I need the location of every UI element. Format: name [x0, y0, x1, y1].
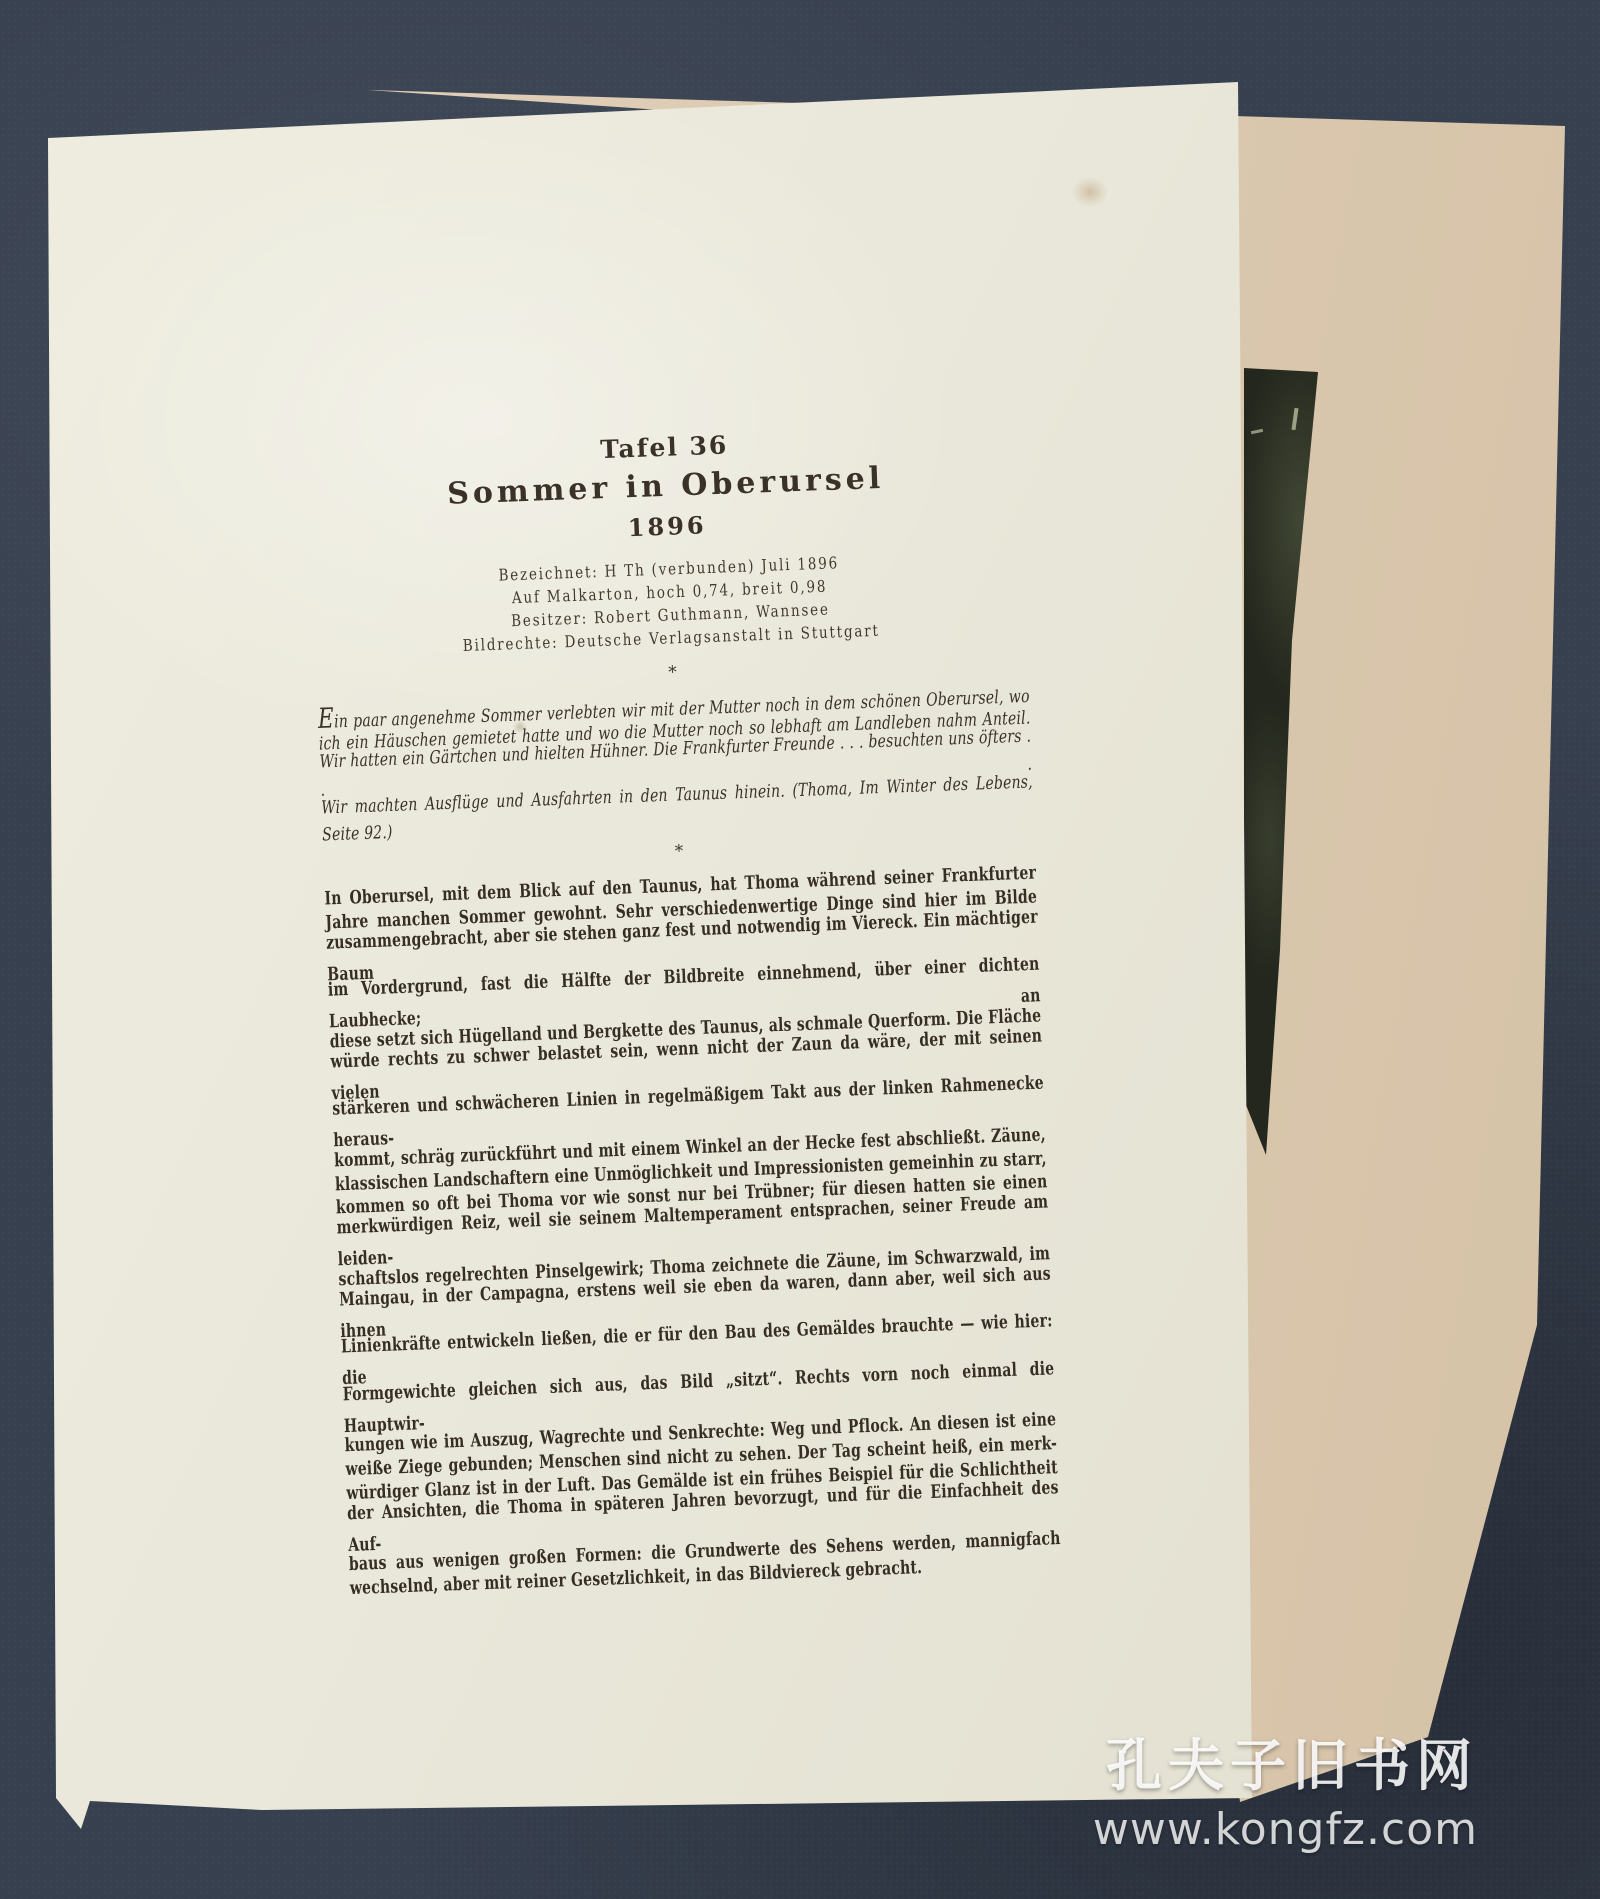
plate-highlight-mark	[1291, 408, 1298, 430]
watermark: 孔夫子旧书网 www.kongfz.com	[1093, 1722, 1478, 1855]
body-text-block: In Oberursel, mit dem Blick auf den Taun…	[324, 862, 1062, 1602]
watermark-site-name: 孔夫子旧书网	[1093, 1722, 1478, 1802]
page-content: Tafel 36 Sommer in Oberursel 1896 Bezeic…	[250, 419, 1092, 1604]
plate-highlight-mark	[1251, 429, 1263, 434]
photo-scene: Tafel 36 Sommer in Oberursel 1896 Bezeic…	[0, 0, 1600, 1899]
text-column: Tafel 36 Sommer in Oberursel 1896 Bezeic…	[308, 420, 1062, 1602]
quote-block: Ein paar angenehme Sommer verlebten wir …	[318, 684, 1035, 847]
metadata-block: Bezeichnet: H Th (verbunden) Juli 1896Au…	[313, 546, 1028, 664]
watermark-site-url: www.kongfz.com	[1093, 1804, 1478, 1855]
